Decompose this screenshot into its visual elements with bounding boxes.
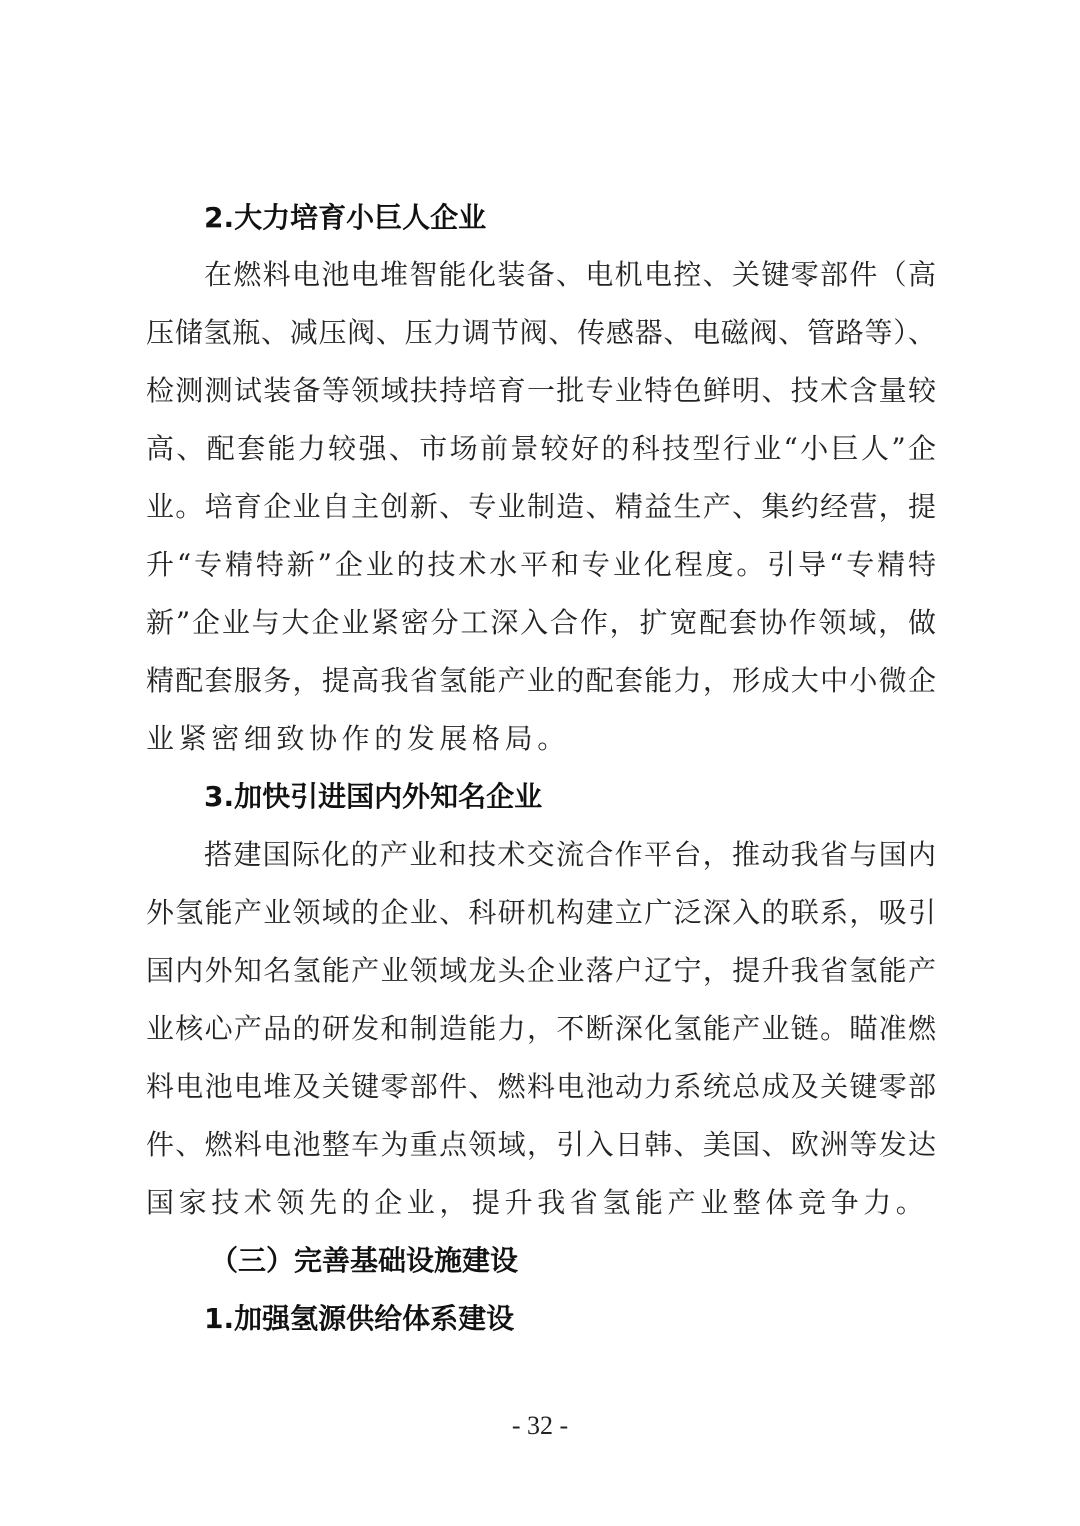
paragraph-line: 国内外知名氢能产业领域龙头企业落户辽宁，提升我省氢能产 bbox=[146, 949, 936, 993]
section-heading-2: 2.大力培育小巨人企业 bbox=[204, 196, 486, 240]
document-page: 2.大力培育小巨人企业 在燃料电池电堆智能化装备、电机电控、关键零部件（高 压储… bbox=[0, 0, 1080, 1526]
paragraph-line: 检测测试装备等领域扶持培育一批专业特色鲜明、技术含量较 bbox=[146, 369, 936, 413]
paragraph-line: 升“专精特新”企业的技术水平和专业化程度。引导“专精特 bbox=[146, 543, 936, 587]
paragraph-line: 料电池电堆及关键零部件、燃料电池动力系统总成及关键零部 bbox=[146, 1065, 936, 1109]
paragraph-line: 在燃料电池电堆智能化装备、电机电控、关键零部件（高 bbox=[204, 253, 936, 297]
paragraph-line: 高、配套能力较强、市场前景较好的科技型行业“小巨人”企 bbox=[146, 427, 936, 471]
paragraph-line: 业。培育企业自主创新、专业制造、精益生产、集约经营，提 bbox=[146, 485, 936, 529]
paragraph-line: 新”企业与大企业紧密分工深入合作，扩宽配套协作领域，做 bbox=[146, 601, 936, 645]
paragraph-line: 业核心产品的研发和制造能力，不断深化氢能产业链。瞄准燃 bbox=[146, 1007, 936, 1051]
section-heading-3: 3.加快引进国内外知名企业 bbox=[204, 775, 542, 819]
paragraph-line: 业紧密细致协作的发展格局。 bbox=[146, 717, 936, 761]
paragraph-line: 国家技术领先的企业，提升我省氢能产业整体竞争力。 bbox=[146, 1181, 936, 1225]
paragraph-line: 精配套服务，提高我省氢能产业的配套能力，形成大中小微企 bbox=[146, 659, 936, 703]
sub-item-heading: 1.加强氢源供给体系建设 bbox=[204, 1297, 514, 1341]
paragraph-line: 外氢能产业领域的企业、科研机构建立广泛深入的联系，吸引 bbox=[146, 891, 936, 935]
paragraph-line: 压储氢瓶、减压阀、压力调节阀、传感器、电磁阀、管路等）、 bbox=[146, 311, 936, 355]
paragraph-line: 搭建国际化的产业和技术交流合作平台，推动我省与国内 bbox=[204, 833, 936, 877]
subsection-heading: （三）完善基础设施建设 bbox=[210, 1239, 518, 1283]
paragraph-line: 件、燃料电池整车为重点领域，引入日韩、美国、欧洲等发达 bbox=[146, 1123, 936, 1167]
page-number: - 32 - bbox=[0, 1406, 1080, 1446]
